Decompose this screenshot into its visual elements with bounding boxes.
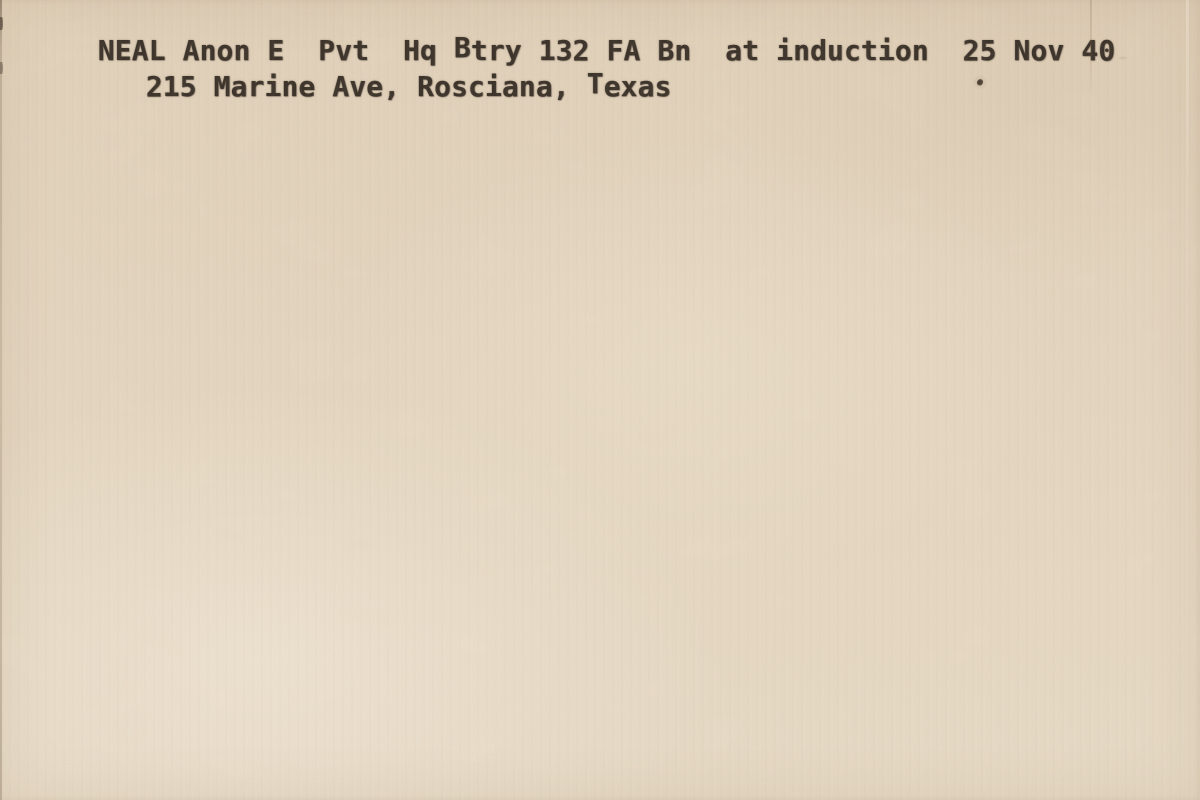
line2-text-pre: 215 Marine Ave, Rosciana, <box>146 70 587 103</box>
line2-raised-letter: T <box>587 67 604 100</box>
typewritten-line-2: 215 Marine Ave, Rosciana, Texas <box>78 36 672 138</box>
scan-left-edge-shadow <box>0 0 2 800</box>
left-edge-ink-mark-2 <box>0 62 3 74</box>
paper-crease <box>1090 0 1092 96</box>
line2-text-post: exas <box>604 70 672 103</box>
left-edge-ink-mark <box>0 17 3 30</box>
faint-smudge <box>1118 56 1128 60</box>
scanned-index-card: NEAL Anon E Pvt Hq Btry 132 FA Bn at ind… <box>0 0 1200 800</box>
paper-light-streak <box>1186 0 1189 800</box>
